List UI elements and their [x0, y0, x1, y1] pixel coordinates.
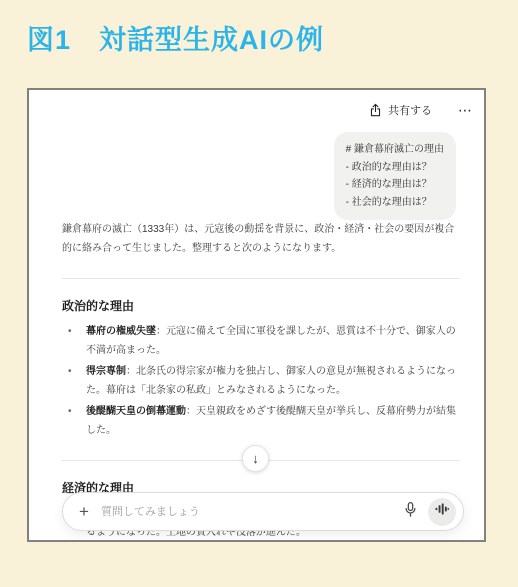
list-item: • 得宗専制：北条氏の得宗家が権力を独占し、御家人の意見が無視されるようになった… [62, 363, 460, 400]
share-icon [369, 103, 382, 117]
bullet-term: 得宗専制 [86, 366, 126, 377]
bullet-body: ：北条氏の得宗家が権力を独占し、御家人の意見が無視されるようになった。幕府は「北… [86, 366, 456, 396]
bullet-icon: • [68, 323, 78, 360]
share-label: 共有する [388, 102, 432, 118]
bullet-term: 後醍醐天皇の倒幕運動 [86, 406, 186, 417]
waveform-icon [435, 502, 449, 521]
section-heading-political: 政治的な理由 [62, 295, 460, 317]
bullet-icon: • [68, 403, 78, 440]
user-message-line: - 社会的な理由は？ [346, 194, 444, 212]
microphone-button[interactable] [403, 501, 418, 523]
political-bullet-list: • 幕府の権威失墜：元寇に備えて全国に軍役を課したが、恩賞は不十分で、御家人の不… [62, 323, 460, 440]
bullet-icon: • [68, 363, 78, 400]
user-message-line: # 鎌倉幕府滅亡の理由 [346, 141, 444, 159]
voice-mode-button[interactable] [428, 498, 456, 526]
list-item: • 幕府の権威失墜：元寇に備えて全国に軍役を課したが、恩賞は不十分で、御家人の不… [62, 323, 460, 360]
response-intro: 鎌倉幕府の滅亡（1333年）は、元寇後の動揺を背景に、政治・経済・社会の要因が複… [62, 221, 460, 258]
message-input[interactable] [99, 505, 393, 519]
user-message-line: - 政治的な理由は？ [346, 159, 444, 177]
microphone-icon [403, 501, 418, 523]
user-message-line: - 経済的な理由は？ [346, 176, 444, 194]
more-options-button[interactable]: ⋯ [458, 103, 472, 117]
message-composer: + [62, 492, 464, 531]
section-divider [62, 278, 460, 279]
chat-toolbar: 共有する ⋯ [369, 102, 472, 118]
chat-window: 共有する ⋯ # 鎌倉幕府滅亡の理由 - 政治的な理由は？ - 経済的な理由は？… [27, 88, 486, 542]
figure-title: 図1 対話型生成AIの例 [27, 18, 324, 57]
attach-plus-button[interactable]: + [79, 503, 89, 520]
list-item: • 後醍醐天皇の倒幕運動：天皇親政をめざす後醍醐天皇が挙兵し、反幕府勢力が結集し… [62, 403, 460, 440]
user-message-bubble: # 鎌倉幕府滅亡の理由 - 政治的な理由は？ - 経済的な理由は？ - 社会的な… [334, 132, 456, 220]
arrow-down-icon: ↓ [252, 451, 259, 466]
share-button[interactable]: 共有する [369, 102, 432, 118]
scroll-to-bottom-button[interactable]: ↓ [242, 445, 269, 472]
bullet-term: 幕府の権威失墜 [86, 326, 156, 337]
